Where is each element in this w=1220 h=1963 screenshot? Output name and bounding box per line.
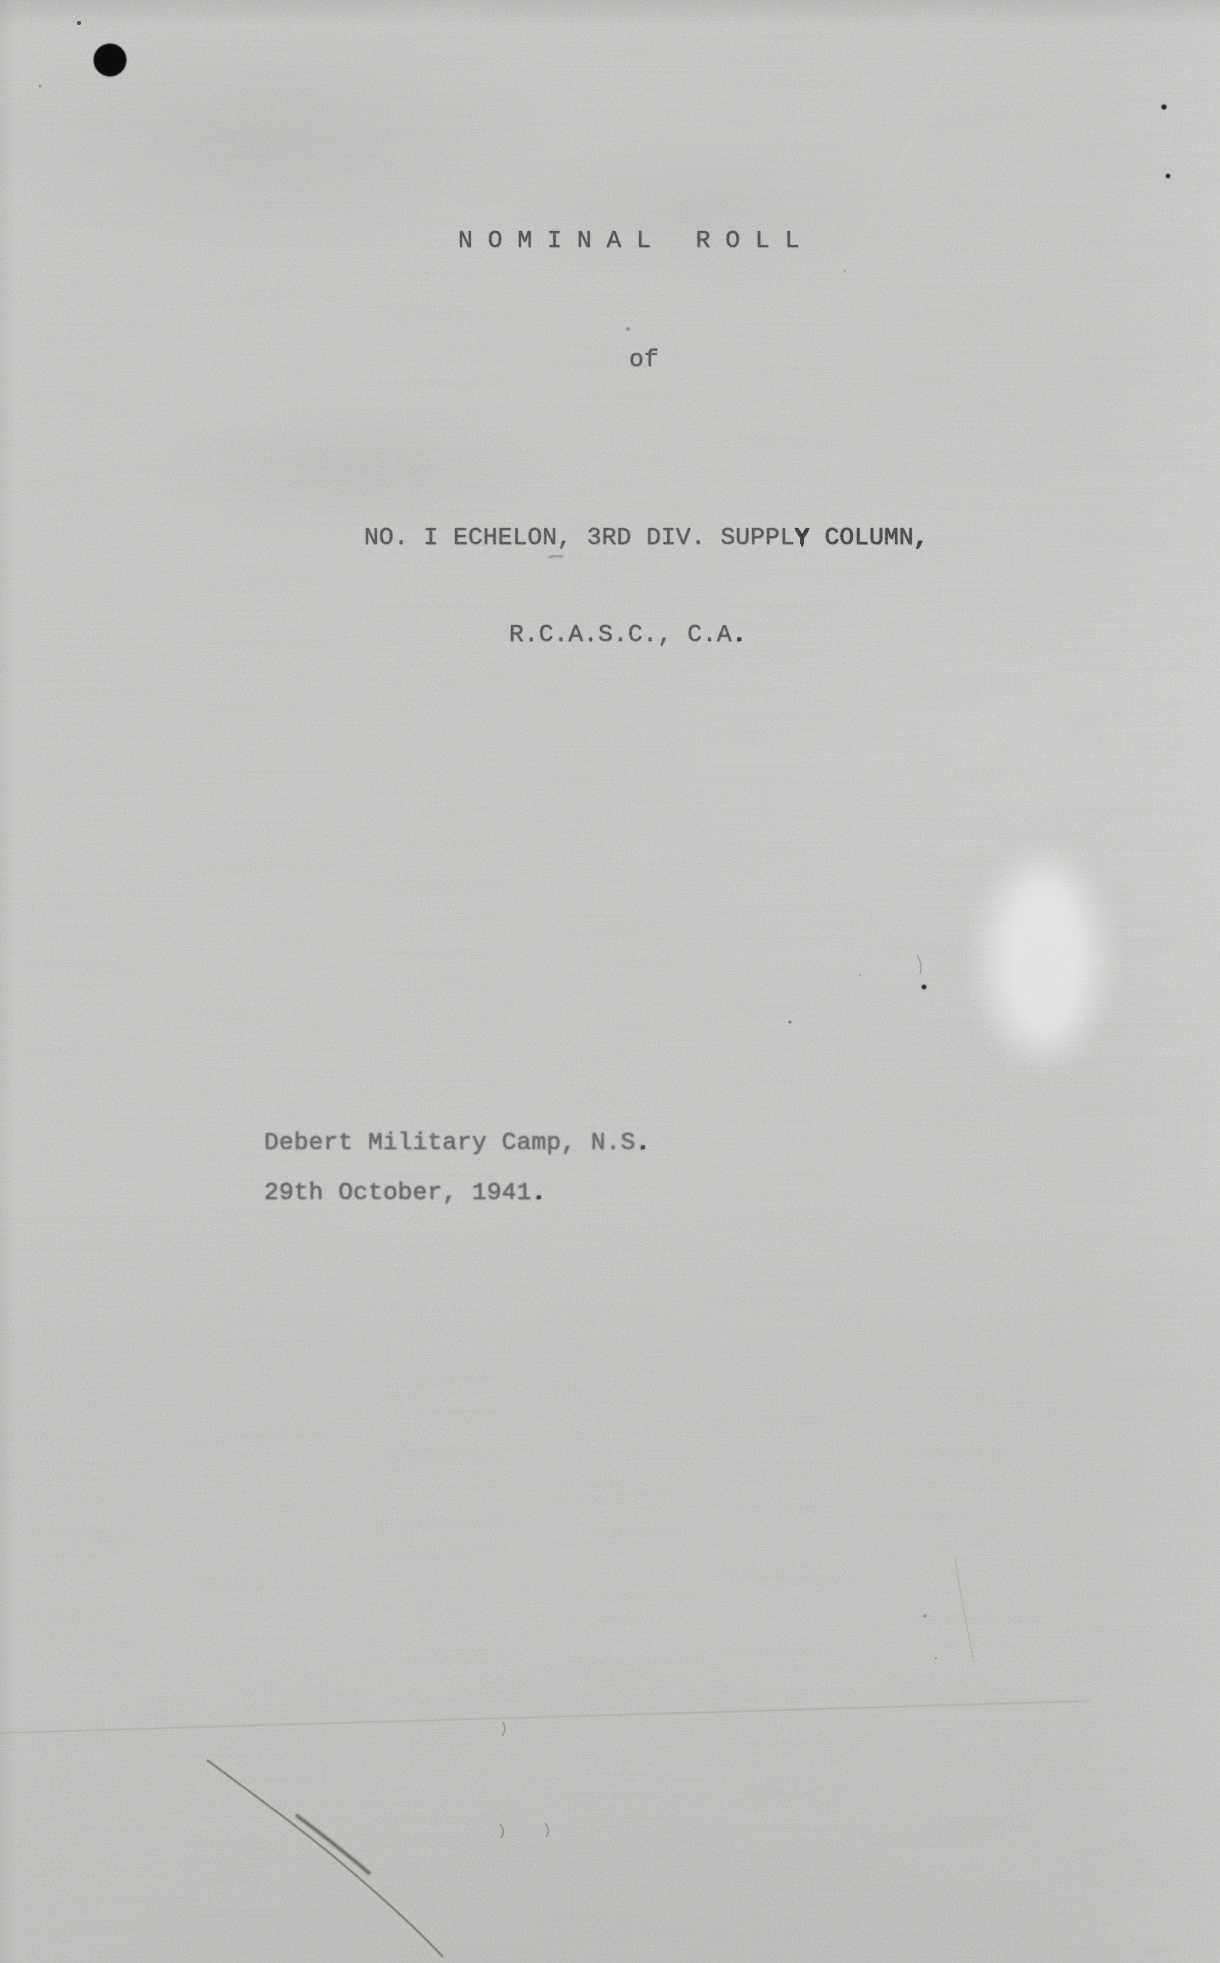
speck-lower-right-2	[935, 1657, 938, 1660]
unit-line-text: NO. I ECHELON, 3RD DIV. SUPPL	[364, 525, 795, 552]
date-line-period: .	[531, 1180, 546, 1207]
speck-mid-right	[922, 985, 927, 990]
place-line-text: Debert Military Camp, N.S	[264, 1130, 635, 1157]
tick-mark-2	[500, 1824, 503, 1838]
pale-crease-middle	[700, 755, 1062, 762]
corps-line: R.C.A.S.C., C.A.	[509, 624, 747, 649]
crease-line-bottom	[0, 1701, 1090, 1733]
scratch-bottom-right	[955, 1557, 974, 1662]
smudge-under-unit-line	[549, 556, 563, 558]
unit-line-comma: ,	[914, 525, 929, 552]
document-title: N O M I N A L R O L L	[458, 230, 800, 255]
speck-mid-2	[859, 974, 861, 976]
hairline-mark-right	[917, 955, 921, 974]
unit-line: NO. I ECHELON, 3RD DIV. SUPPLY COLUMN,	[364, 527, 928, 552]
speck-mid	[788, 1020, 791, 1023]
speck-top-left	[77, 21, 81, 25]
tick-mark-3	[545, 1823, 548, 1837]
unit-line-overstruck-letter: Y	[795, 525, 810, 552]
speck-top-right-1	[1161, 104, 1166, 109]
corps-line-text: R.C.A.S.C., C.A	[509, 622, 732, 649]
speck-lower-right-1	[923, 1614, 926, 1617]
scratch-bottom-left	[207, 1760, 443, 1957]
bright-spot	[988, 863, 1098, 1053]
paper-grain-dark	[0, 0, 1220, 1963]
speck-above-of	[626, 327, 630, 331]
paper-fiber-streaks	[0, 0, 1220, 1963]
date-line: 29th October, 1941.	[264, 1182, 546, 1207]
pale-streak-right	[1007, 880, 1010, 1070]
pale-crease-top	[855, 45, 960, 250]
speck-top-right-2	[1166, 174, 1171, 179]
title-connector-of: of	[629, 349, 659, 374]
unit-line-column-text: COLUMN	[810, 525, 914, 552]
speck-left	[39, 85, 42, 88]
scanned-document-page: N O M I N A L R O L L of NO. I ECHELON, …	[0, 0, 1220, 1963]
scan-artifacts-overlay	[0, 0, 1220, 1963]
scratch-bottom-left-dark-segment	[296, 1815, 370, 1874]
place-line: Debert Military Camp, N.S.	[264, 1132, 650, 1157]
date-line-text: 29th October, 1941	[264, 1180, 531, 1207]
hole-punch-mark	[94, 44, 127, 77]
place-line-period: .	[635, 1130, 650, 1157]
corps-line-period: .	[732, 622, 747, 649]
paper-grain-light	[0, 0, 1220, 1963]
speck-upper-right	[844, 270, 847, 273]
tick-mark-1	[502, 1722, 505, 1736]
